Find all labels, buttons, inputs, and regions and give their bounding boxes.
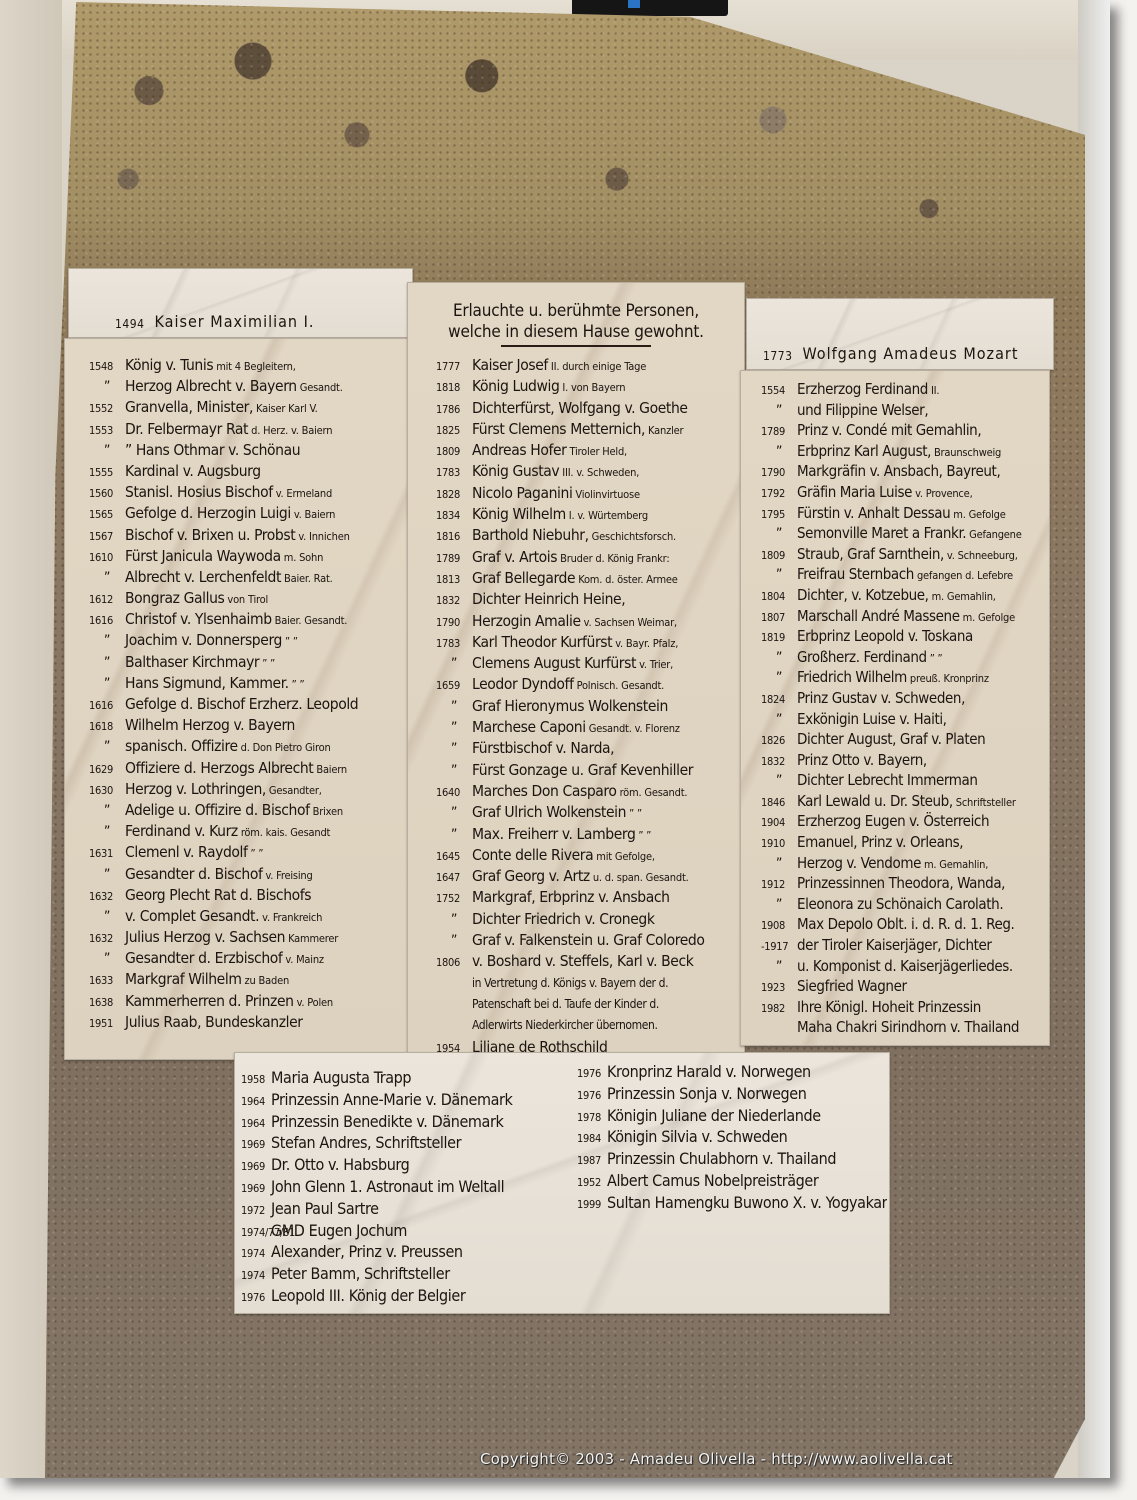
entry-name: Jean Paul Sartre [271,1198,379,1220]
entry-year: 1567 [89,526,125,546]
plaque-entry: ” Gesandter d. Bischof v. Freising [89,864,408,885]
plaque-entry: 1789 Prinz v. Condé mit Gemahlin, [761,420,1049,441]
entry-name: Ferdinand v. Kurz [125,821,238,842]
right-plaque: 1554 Erzherzog Ferdinand II. ” und Filip… [740,370,1050,1046]
copyright-watermark: Copyright© 2003 - Amadeu Olivella - http… [480,1450,953,1468]
entry-year: 1795 [761,505,797,524]
entry-year: 1964 [241,1113,271,1133]
entry-detail: m. Gemahlin, [932,587,996,606]
entry-year: 1819 [761,628,797,647]
entry-year: ” [89,865,125,885]
entry-detail: I. von Bayern [562,377,625,397]
plaque-entry: 1633 Markgraf Wilhelm zu Baden [89,969,408,990]
plaque-entry: Patenschaft bei d. Taufe der Kinder d. [436,994,744,1015]
plaque-entry: 1809 Straub, Graf Sarnthein, v. Schneebu… [761,544,1049,565]
plaque-entry: 1645 Conte delle Rivera mit Gefolge, [436,845,744,866]
plaque-entry: 1647 Graf Georg v. Artz u. d. span. Gesa… [436,866,744,887]
plaque-entry: 1777 Kaiser Josef II. durch einige Tage [436,355,744,376]
plaque-entry: ” Fürst Gonzage u. Graf Kevenhiller [436,760,744,781]
entry-year: 1912 [761,875,797,894]
entry-detail: v. Innichen [298,526,349,546]
entry-year: 1786 [436,399,472,419]
plaque-entry: 1783 Karl Theodor Kurfürst v. Bayr. Pfal… [436,632,744,653]
entry-detail: Kanzler [648,420,683,440]
entry-year: 1807 [761,608,797,627]
plaque-entry: 1629 Offiziere d. Herzogs Albrecht Baier… [89,758,408,779]
entry-name: Straub, Graf Sarnthein, [797,544,944,565]
entry-detail: ” ” [930,649,943,668]
plaque-entry: 1792 Gräfin Maria Luise v. Provence, [761,482,1049,503]
entry-detail: Violinvirtuose [575,484,639,504]
entry-name: Prinzessin Anne-Marie v. Dänemark [271,1089,512,1111]
entry-year: 1783 [436,462,472,482]
plaque-entry: 1807 Marschall André Massene m. Gefolge [761,606,1049,627]
entry-name: Erzherzog Ferdinand [797,379,928,400]
entry-name: Hans Sigmund, Kammer. [125,673,289,694]
plaque-entry: ” v. Complet Gesandt. v. Frankreich [89,906,408,927]
plaque-entry: ” Freifrau Sternbach gefangen d. Lefebre [761,564,1049,585]
entry-year: ” [436,825,472,845]
entry-year: 1972 [241,1200,271,1220]
plaque-entry: 1813 Graf Bellegarde Kom. d. öster. Arme… [436,568,744,589]
plaque-entry: ” Eleonora zu Schönaich Carolath. [761,894,1049,915]
entry-detail: I. v. Würtemberg [569,505,648,525]
right-header-plaque: 1773 Wolfgang Amadeus Mozart [746,298,1054,370]
plaque-entry: 1783 König Gustav III. v. Schweden, [436,461,744,482]
entry-name: Gesandter d. Erzbischof [125,948,282,969]
plaque-entry: 1638 Kammerherren d. Prinzen v. Polen [89,991,408,1012]
entry-year: 1640 [436,782,472,802]
entry-name: Graf Bellegarde [472,568,575,589]
entry-year: 1832 [436,590,472,610]
entry-name: Graf v. Falkenstein u. Graf Coloredo [472,930,704,951]
entry-detail: mit Gefolge, [596,846,655,866]
entry-detail: v. Polen [297,992,333,1012]
sign-marker-icon [628,0,640,8]
entry-name: Herzog Albrecht v. Bayern [125,376,297,397]
plaque-entry: ” Albrecht v. Lerchenfeldt Baier. Rat. [89,567,408,588]
plaque-entry: 1554 Erzherzog Ferdinand II. [761,379,1049,400]
entry-name: Freifrau Sternbach [797,564,914,585]
plaque-entry: 1567 Bischof v. Brixen u. Probst v. Inni… [89,525,408,546]
entry-name: Balthaser Kirchmayr [125,652,259,673]
entry-name: Prinz v. Condé mit Gemahlin, [797,420,981,441]
entry-detail: m. Gemahlin, [924,855,988,874]
entry-year: ” [89,653,125,673]
plaque-entry: 1610 Fürst Janicula Waywoda m. Sohn [89,546,408,567]
plaque-entry: ” ” Hans Othmar v. Schönau [89,440,408,461]
entry-name: Fürst Clemens Metternich, [472,419,645,440]
right-header-year: 1773 [763,349,792,363]
entry-detail: zu Baden [245,970,290,990]
entry-name: Granvella, Minister, [125,397,253,418]
entry-year: ” [436,931,472,951]
entry-year: 1560 [89,483,125,503]
entry-name: Gräfin Maria Luise [797,482,912,503]
entry-year: 1904 [761,813,797,832]
entry-name: John Glenn 1. Astronaut im Weltall [271,1176,504,1198]
plaque-entry: 1904 Erzherzog Eugen v. Österreich [761,811,1049,832]
entry-year: 1552 [89,398,125,418]
entry-year: 1969 [241,1178,271,1198]
entry-name: Kammerherren d. Prinzen [125,991,294,1012]
entry-name: Marches Don Casparo [472,781,617,802]
entry-detail: ” ” [262,653,275,673]
entry-name: König v. Tunis [125,355,213,376]
entry-name: Georg Plecht Rat d. Bischofs [125,885,311,906]
entry-detail: Brixen [313,801,343,821]
entry-year: 1618 [89,716,125,736]
entry-name: GMD Eugen Jochum [271,1220,407,1242]
entry-name: Königin Juliane der Niederlande [607,1105,821,1127]
entry-year: ” [436,803,472,823]
entry-year: 1633 [89,970,125,990]
entry-name: Conte delle Rivera [472,845,593,866]
plaque-entry: 1974/77/81 GMD Eugen Jochum [241,1220,581,1242]
entry-year: ” [89,674,125,694]
left-plaque: 1548 König v. Tunis mit 4 Begleitern, ” … [64,338,409,1060]
entry-detail: preuß. Kronprinz [910,669,989,688]
entry-detail: v. Bayr. Pfalz, [615,633,678,653]
entry-year: 1984 [577,1128,607,1148]
plaque-entry: -1917 der Tiroler Kaiserjäger, Dichter [761,935,1049,956]
title-underline [501,345,651,347]
entry-name: Dichter August, Graf v. Platen [797,729,985,750]
entry-detail: von Tirol [227,589,268,609]
plaque-entry: ” Semonville Maret a Frankr. Gefangene [761,523,1049,544]
plaque-entry: ” Graf Ulrich Wolkenstein ” ” [436,802,744,823]
plaque-entry: ” Herzog Albrecht v. Bayern Gesandt. [89,376,408,397]
plaque-entry: 1818 König Ludwig I. von Bayern [436,376,744,397]
plaque-entry: ” Graf v. Falkenstein u. Graf Coloredo [436,930,744,951]
plaque-entry: 1923 Siegfried Wagner [761,976,1049,997]
entry-name: Leodor Dyndoff [472,674,574,695]
entry-year: 1999 [577,1194,607,1214]
entry-detail: ” ” [285,631,298,651]
entry-name: Bischof v. Brixen u. Probst [125,525,295,546]
entry-year: 1974 [241,1265,271,1285]
entry-name: Nicolo Paganini [472,483,572,504]
plaque-entry: ” Gesandter d. Erzbischof v. Mainz [89,948,408,969]
entry-detail: ” ” [638,825,651,845]
entry-name: Graf Georg v. Artz [472,866,590,887]
entry-year: ” [89,949,125,969]
bottom-plaque: 1958 Maria Augusta Trapp 1964 Prinzessin… [234,1052,890,1314]
entry-year: 1752 [436,888,472,908]
plaque-entry: Maha Chakri Sirindhorn v. Thailand [761,1017,1049,1038]
plaque-entry: 1826 Dichter August, Graf v. Platen [761,729,1049,750]
entry-detail: Geschichtsforsch. [592,526,676,546]
plaque-entry: ” Dichter Friedrich v. Cronegk [436,909,744,930]
entry-name: Clemenl v. Raydolf [125,842,248,863]
plaque-entry: ” Graf Hieronymus Wolkenstein [436,696,744,717]
entry-name: Eleonora zu Schönaich Carolath. [797,894,1003,915]
entry-year: 1974/77/81 [241,1222,271,1242]
entry-year: 1555 [89,462,125,482]
entry-name: v. Boshard v. Steffels, Karl v. Beck [472,951,693,972]
plaque-entry: 1548 König v. Tunis mit 4 Begleitern, [89,355,408,376]
entry-detail: m. Sohn [284,547,323,567]
entry-detail: v. Baiern [294,504,335,524]
plaque-entry: 1618 Wilhelm Herzog v. Bayern [89,715,408,736]
entry-name: Gesandter d. Bischof [125,864,262,885]
entry-year: 1846 [761,793,797,812]
entry-detail: gefangen d. Lefebre [917,566,1013,585]
entry-year: 1825 [436,420,472,440]
entry-name: Kaiser Josef [472,355,548,376]
entry-year: 1616 [89,610,125,630]
entry-name: König Gustav [472,461,559,482]
entry-name: Offiziere d. Herzogs Albrecht [125,758,313,779]
entry-year: ” [89,907,125,927]
entry-name: Siegfried Wagner [797,976,907,997]
entry-year: 1616 [89,695,125,715]
entry-year: 1790 [436,612,472,632]
plaque-entry: 1631 Clemenl v. Raydolf ” ” [89,842,408,863]
entry-detail: Baier. Rat. [284,568,333,588]
entry-name: Graf v. Artois [472,547,557,568]
left-header-plaque: 1494 Kaiser Maximilian I. [68,268,413,338]
entry-year: ” [761,565,797,585]
plaque-entry: ” Großherz. Ferdinand ” ” [761,647,1049,668]
entry-name: Emanuel, Prinz v. Orleans, [797,832,963,853]
entry-year: 1818 [436,377,472,397]
entry-year: 1804 [761,587,797,606]
plaque-entry: 1964 Prinzessin Benedikte v. Dänemark [241,1111,581,1133]
entry-name: Friedrich Wilhelm [797,667,907,688]
plaque-entry: 1825 Fürst Clemens Metternich, Kanzler [436,419,744,440]
entry-year: 1610 [89,547,125,567]
entry-year: 1910 [761,834,797,853]
entry-name: Graf Ulrich Wolkenstein [472,802,626,823]
entry-name: spanisch. Offizire [125,736,238,757]
entry-name: Prinz Otto v. Bayern, [797,750,927,771]
entry-detail: d. Don Pietro Giron [241,737,331,757]
entry-detail: Gesandter, [269,780,322,800]
center-title-line-1: Erlauchte u. berühmte Personen, [408,301,744,322]
plaque-entry: 1555 Kardinal v. Augsburg [89,461,408,482]
plaque-entry: 1912 Prinzessinnen Theodora, Wanda, [761,873,1049,894]
plaque-entry: 1910 Emanuel, Prinz v. Orleans, [761,832,1049,853]
entry-name: v. Complet Gesandt. [125,906,259,927]
entry-year: 1792 [761,484,797,503]
entry-year: ” [436,761,472,781]
entry-name: Karl Lewald u. Dr. Steub, [797,791,953,812]
entry-name: Albrecht v. Lerchenfeldt [125,567,281,588]
plaque-entry: 1789 Graf v. Artois Bruder d. König Fran… [436,547,744,568]
entry-year: ” [761,668,797,688]
entry-name: ” Hans Othmar v. Schönau [125,440,300,461]
entry-detail: v. Sachsen Weimar, [584,612,677,632]
entry-name: Dr. Otto v. Habsburg [271,1154,409,1176]
entry-detail: v. Schneeburg, [947,546,1018,565]
entry-name: Prinzessin Benedikte v. Dänemark [271,1111,503,1133]
plaque-entry: ” spanisch. Offizire d. Don Pietro Giron [89,736,408,757]
plaque-entry: 1809 Andreas Hofer Tiroler Held, [436,440,744,461]
entry-detail: Gefangene [969,525,1022,544]
entry-name: Marschall André Massene [797,606,960,627]
entry-name: Maria Augusta Trapp [271,1067,411,1089]
entry-year: 1832 [761,752,797,771]
plaque-entry: ” Adelige u. Offizire d. Bischof Brixen [89,800,408,821]
entry-name: Adlerwirts Niederkircher übernomen. [472,1015,657,1036]
entry-year: 1951 [89,1013,125,1033]
entry-name: Prinzessin Chulabhorn v. Thailand [607,1148,836,1170]
plaque-entry: 1632 Georg Plecht Rat d. Bischofs [89,885,408,906]
entry-detail: Kom. d. öster. Armee [578,569,677,589]
entry-name: Ihre Königl. Hoheit Prinzessin [797,997,981,1018]
entry-name: Gefolge d. Bischof Erzherz. Leopold [125,694,358,715]
entry-year: 1816 [436,526,472,546]
entry-year: 1969 [241,1156,271,1176]
entry-detail: d. Herz. v. Baiern [251,420,332,440]
entry-name: König Wilhelm [472,504,566,525]
entry-name: Großherz. Ferdinand [797,647,927,668]
entry-name: Fürst Gonzage u. Graf Kevenhiller [472,760,693,781]
entry-year: 1813 [436,569,472,589]
plaque-entry: 1984 Königin Silvia v. Schweden [577,1126,887,1148]
entry-year: 1789 [761,422,797,441]
entry-name: Prinzessin Sonja v. Norwegen [607,1083,806,1105]
entry-name: Königin Silvia v. Schweden [607,1126,787,1148]
entry-name: und Filippine Welser, [797,400,928,421]
entry-name: Wilhelm Herzog v. Bayern [125,715,295,736]
entry-name: Adelige u. Offizire d. Bischof [125,800,310,821]
entry-name: Bongraz Gallus [125,588,224,609]
hanging-sign [572,0,728,16]
entry-name: in Vertretung d. Königs v. Bayern der d. [472,973,668,994]
plaque-entry: 1958 Maria Augusta Trapp [241,1067,581,1089]
plaque-entry: 1795 Fürstin v. Anhalt Dessau m. Gefolge [761,503,1049,524]
entry-year: 1982 [761,999,797,1018]
entry-year: ” [436,910,472,930]
plaque-entry: 1987 Prinzessin Chulabhorn v. Thailand [577,1148,887,1170]
entry-name: Herzog v. Vendome [797,853,921,874]
plaque-entry: Adlerwirts Niederkircher übernomen. [436,1015,744,1036]
entry-year: 1976 [577,1063,607,1083]
entry-year: 1777 [436,356,472,376]
plaque-entry: ” Exkönigin Luise v. Haiti, [761,709,1049,730]
plaque-entry: 1908 Max Depolo Oblt. i. d. R. d. 1. Reg… [761,914,1049,935]
plaque-entry: 1974 Peter Bamm, Schriftsteller [241,1263,581,1285]
left-plaque-list: 1548 König v. Tunis mit 4 Begleitern, ” … [89,355,408,1033]
plaque-entry: 1560 Stanisl. Hosius Bischof v. Ermeland [89,482,408,503]
entry-detail: Gesandt. v. Florenz [589,718,680,738]
entry-year: 1631 [89,843,125,863]
plaque-entry: 1616 Gefolge d. Bischof Erzherz. Leopold [89,694,408,715]
entry-year: ” [436,654,472,674]
plaque-entry: ” Fürstbischof v. Narda, [436,738,744,759]
entry-year: ” [761,957,797,977]
plaque-entry: 1982 Ihre Königl. Hoheit Prinzessin [761,997,1049,1018]
entry-name: Kardinal v. Augsburg [125,461,261,482]
entry-name: Max. Freiherr v. Lamberg [472,824,635,845]
entry-name: Erbprinz Leopold v. Toskana [797,626,973,647]
entry-name: Stefan Andres, Schriftsteller [271,1132,461,1154]
entry-name: Dichter Lebrecht Immerman [797,770,978,791]
entry-year: 1923 [761,978,797,997]
entry-detail: mit 4 Begleitern, [216,356,295,376]
entry-detail: ” ” [251,843,264,863]
plaque-entry: 1552 Granvella, Minister, Kaiser Karl V. [89,397,408,418]
entry-year: 1908 [761,916,797,935]
plaque-entry: 1978 Königin Juliane der Niederlande [577,1105,887,1127]
plaque-entry: 1659 Leodor Dyndoff Polnisch. Gesandt. [436,674,744,695]
plaque-entry: 1976 Leopold III. König der Belgier [241,1285,581,1307]
entry-name: Clemens August Kurfürst [472,653,636,674]
entry-year: 1548 [89,356,125,376]
entry-name: Leopold III. König der Belgier [271,1285,465,1307]
entry-detail: Bruder d. König Frankr: [560,548,669,568]
right-header-name: Wolfgang Amadeus Mozart [802,344,1018,363]
entry-name: Dichter Friedrich v. Cronegk [472,909,655,930]
plaque-entry: 1969 Stefan Andres, Schriftsteller [241,1132,581,1154]
entry-year: 1828 [436,484,472,504]
entry-name: Marchese Caponi [472,717,586,738]
plaque-entry: 1976 Prinzessin Sonja v. Norwegen [577,1083,887,1105]
entry-detail: Tiroler Held, [569,441,627,461]
entry-detail: v. Ermeland [276,483,332,503]
entry-year: 1789 [436,548,472,568]
entry-name: König Ludwig [472,376,559,397]
entry-year: ” [761,442,797,462]
plaque-entry: 1616 Christof v. Ylsenhaimb Baier. Gesan… [89,609,408,630]
entry-year: ” [761,524,797,544]
entry-year: 1790 [761,463,797,482]
entry-year: 1632 [89,928,125,948]
entry-year: 1969 [241,1134,271,1154]
entry-detail: v. Provence, [915,484,972,503]
entry-name: Max Depolo Oblt. i. d. R. d. 1. Reg. [797,914,1014,935]
entry-name: Fürst Janicula Waywoda [125,546,281,567]
plaque-entry: ” Joachim v. Donnersperg ” ” [89,630,408,651]
plaque-entry: ” Max. Freiherr v. Lamberg ” ” [436,824,744,845]
entry-detail: Polnisch. Gesandt. [577,675,665,695]
entry-name: Graf Hieronymus Wolkenstein [472,696,668,717]
entry-year: 1638 [89,992,125,1012]
plaque-entry: 1976 Kronprinz Harald v. Norwegen [577,1061,887,1083]
entry-year: 1826 [761,731,797,750]
plaque-entry: 1632 Julius Herzog v. Sachsen Kammerer [89,927,408,948]
plaque-entry: 1824 Prinz Gustav v. Schweden, [761,688,1049,709]
entry-name: Peter Bamm, Schriftsteller [271,1263,450,1285]
plaque-entry: 1553 Dr. Felbermayr Rat d. Herz. v. Baie… [89,419,408,440]
entry-year: 1630 [89,780,125,800]
entry-year: 1553 [89,420,125,440]
entry-year: ” [89,441,125,461]
center-plaque-title: Erlauchte u. berühmte Personen, welche i… [408,301,744,347]
entry-detail: Baier. Gesandt. [275,610,348,630]
center-title-line-2: welche in diesem Hause gewohnt. [408,322,744,343]
entry-name: Herzogin Amalie [472,611,581,632]
entry-year: ” [89,568,125,588]
entry-detail: Braunschweig [934,443,1001,462]
entry-name: Fürstin v. Anhalt Dessau [797,503,950,524]
plaque-entry: 1630 Herzog v. Lothringen, Gesandter, [89,779,408,800]
plaque-entry: in Vertretung d. Königs v. Bayern der d. [436,973,744,994]
plaque-entry: ” Hans Sigmund, Kammer. ” ” [89,673,408,694]
entry-year: ” [89,801,125,821]
entry-year: ” [436,739,472,759]
entry-year: ” [761,710,797,730]
entry-name: Dr. Felbermayr Rat [125,419,248,440]
entry-detail: Schriftsteller [956,793,1016,812]
plaque-entry: 1804 Dichter, v. Kotzebue, m. Gemahlin, [761,585,1049,606]
entry-name: Herzog v. Lothringen, [125,779,266,800]
entry-detail: v. Mainz [285,949,324,969]
entry-detail: Gesandt. [300,377,343,397]
entry-year: 1629 [89,759,125,779]
